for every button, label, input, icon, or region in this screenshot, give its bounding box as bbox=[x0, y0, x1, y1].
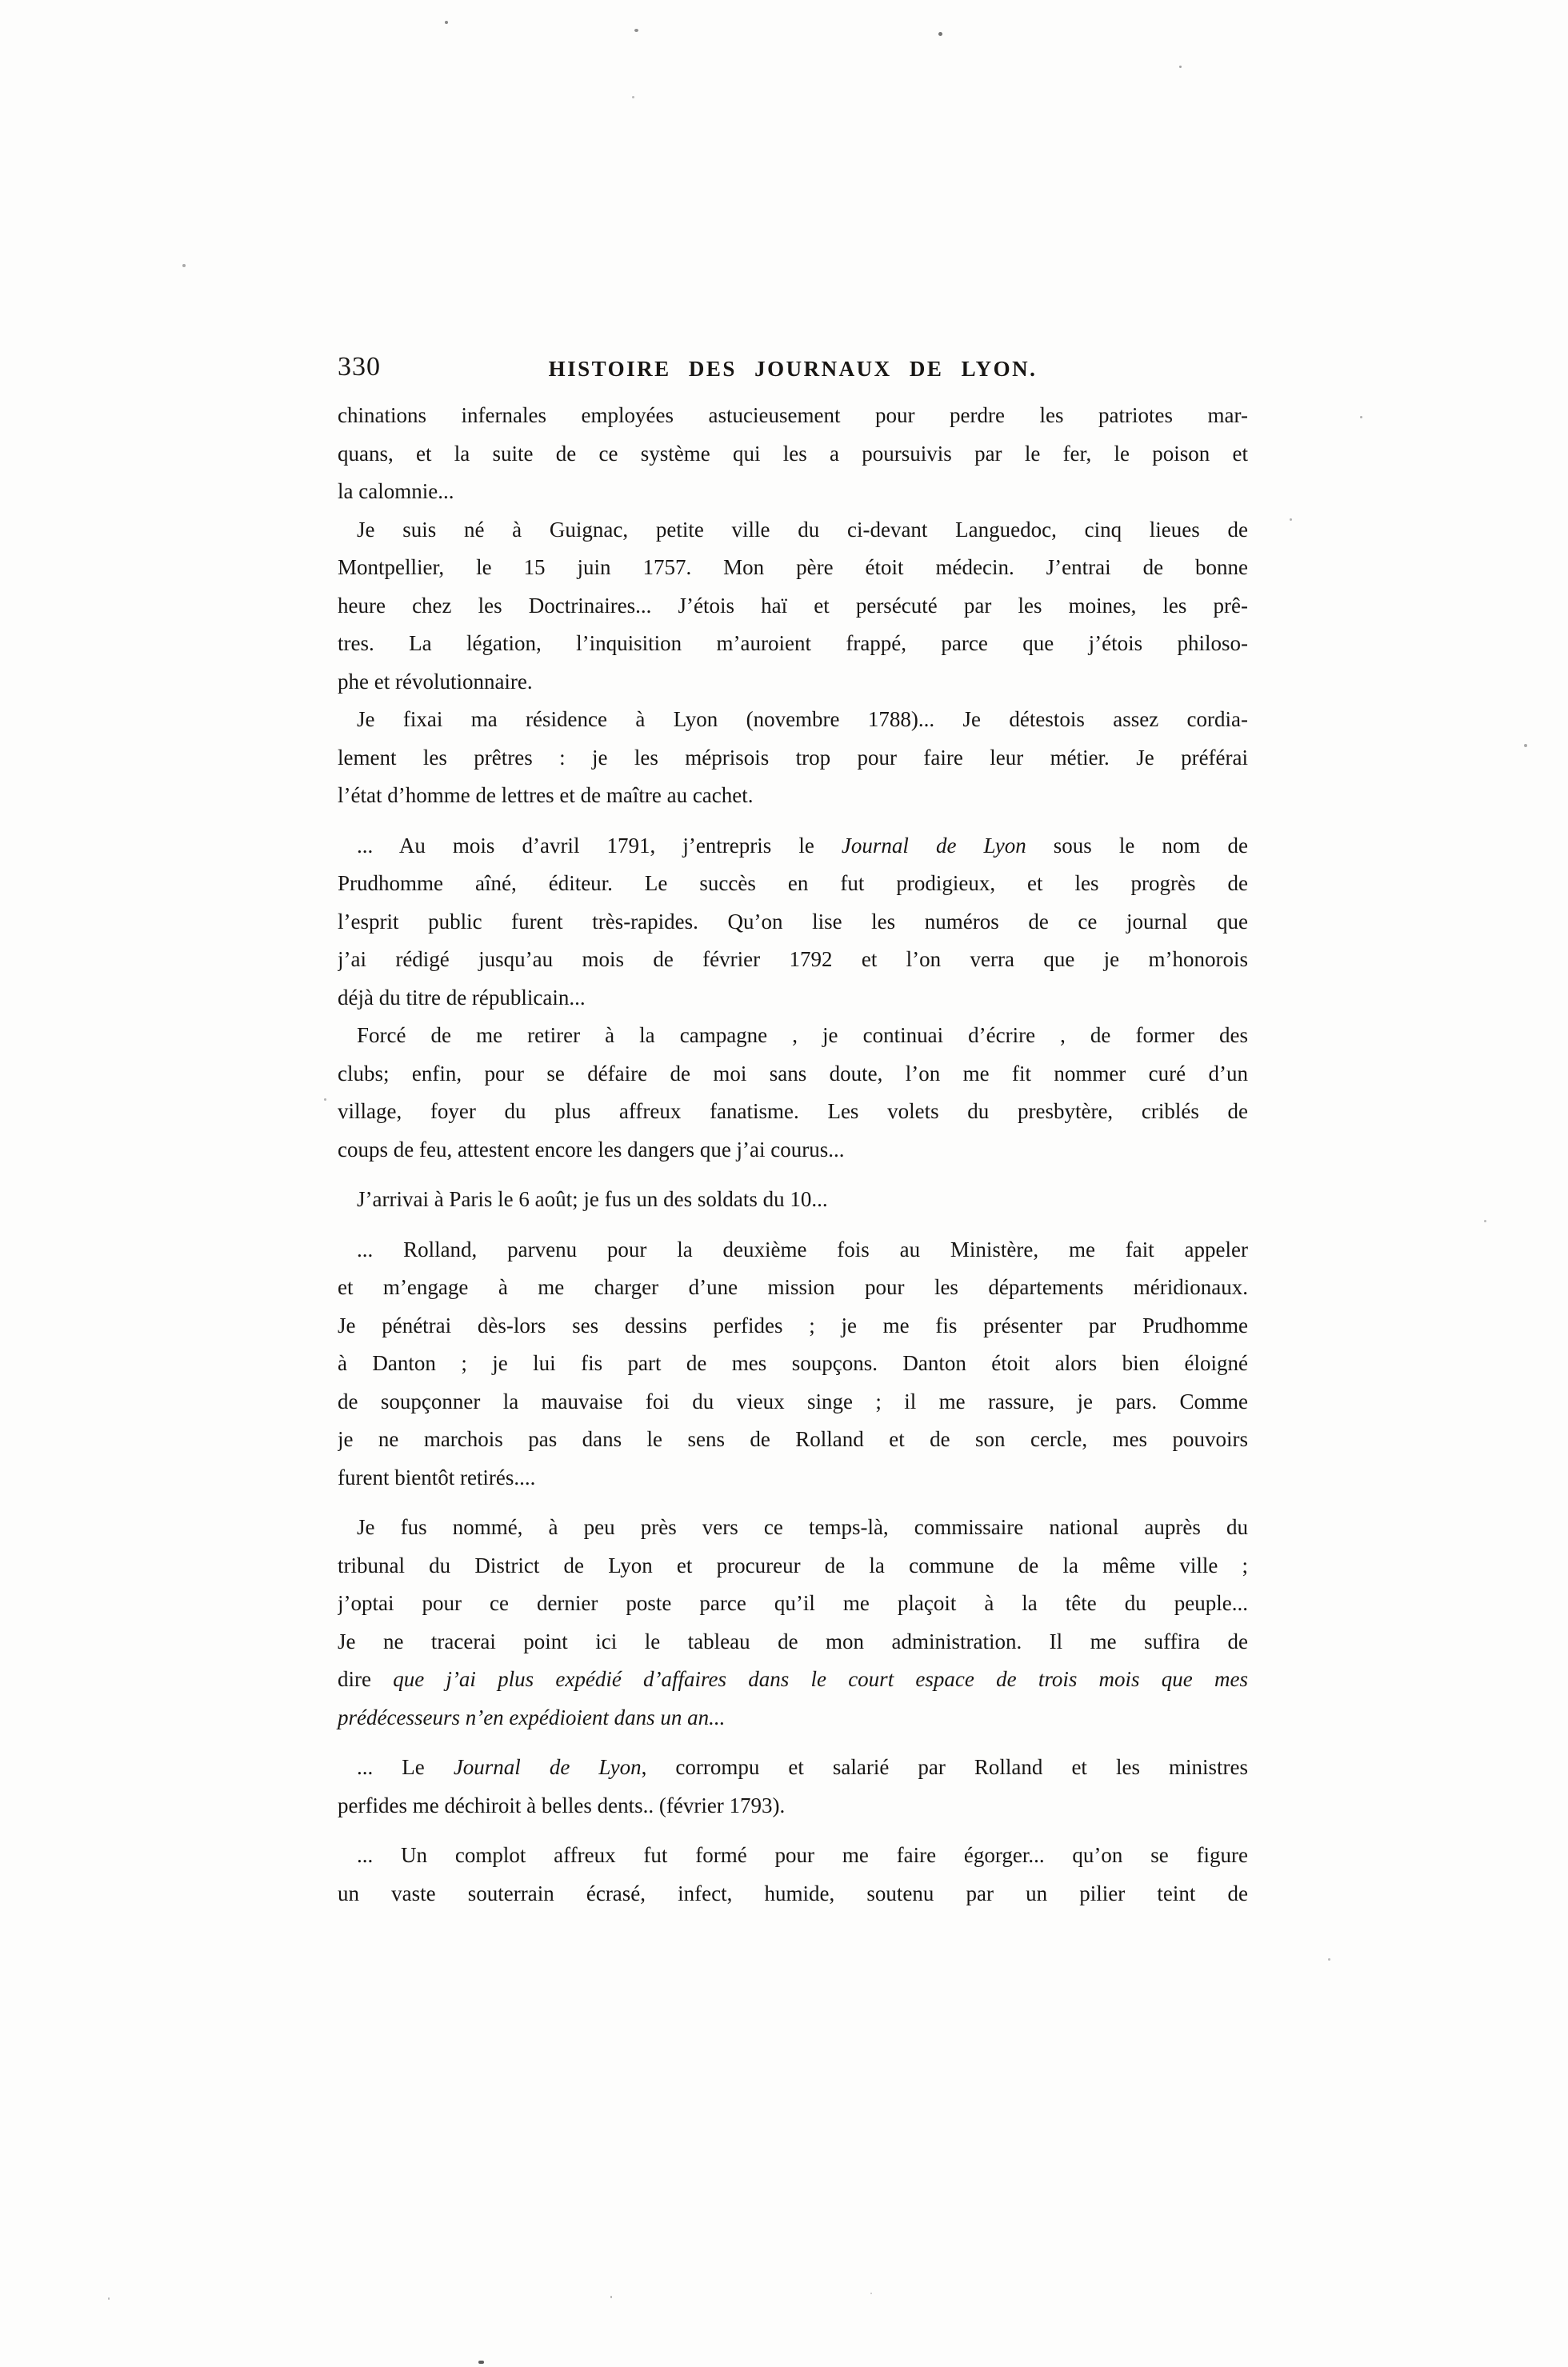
text-segment: ... Le bbox=[357, 1755, 454, 1779]
scan-speck bbox=[632, 96, 634, 98]
text-line: j’ai rédigé jusqu’au mois de février 179… bbox=[338, 941, 1248, 979]
text-segment: clubs; enfin, pour se défaire de moi san… bbox=[338, 1062, 1248, 1086]
text-line: de soupçonner la mauvaise foi du vieux s… bbox=[338, 1383, 1248, 1421]
text-segment: , corrompu et salarié par Rolland et les… bbox=[642, 1755, 1248, 1779]
scan-speck bbox=[938, 32, 942, 36]
text-line: ... Le Journal de Lyon, corrompu et sala… bbox=[338, 1749, 1248, 1787]
text-segment: perfides me déchiroit à belles dents.. (… bbox=[338, 1793, 785, 1817]
text-line: Je pénétrai dès-lors ses dessins perfide… bbox=[338, 1307, 1248, 1345]
italic-text-segment: prédécesseurs n’en expédioient dans un a… bbox=[338, 1705, 725, 1729]
text-segment: Je fixai ma résidence à Lyon (novembre 1… bbox=[357, 707, 1248, 731]
text-line: village, foyer du plus affreux fanatisme… bbox=[338, 1093, 1248, 1131]
text-segment: Je fus nommé, à peu près vers ce temps-l… bbox=[357, 1515, 1248, 1539]
text-line: ... Au mois d’avril 1791, j’entrepris le… bbox=[338, 827, 1248, 866]
text-line: déjà du titre de républicain... bbox=[338, 979, 1248, 1018]
scan-speck bbox=[445, 21, 448, 24]
text-segment: sous le nom de bbox=[1026, 834, 1248, 858]
text-segment: phe et révolutionnaire. bbox=[338, 670, 533, 694]
text-line: à Danton ; je lui fis part de mes soupço… bbox=[338, 1345, 1248, 1383]
paragraph: Je suis né à Guignac, petite ville du ci… bbox=[338, 511, 1248, 702]
text-line: clubs; enfin, pour se défaire de moi san… bbox=[338, 1055, 1248, 1094]
scan-speck bbox=[108, 2297, 110, 2300]
text-segment: dire bbox=[338, 1667, 393, 1691]
running-title: HISTOIRE DES JOURNAUX DE LYON. bbox=[338, 357, 1248, 382]
text-line: chinations infernales employées astucieu… bbox=[338, 397, 1248, 435]
paragraph: ... Au mois d’avril 1791, j’entrepris le… bbox=[338, 827, 1248, 1018]
text-segment: déjà du titre de républicain... bbox=[338, 986, 586, 1010]
text-segment: j’ai rédigé jusqu’au mois de février 179… bbox=[338, 947, 1248, 971]
text-line: je ne marchois pas dans le sens de Rolla… bbox=[338, 1421, 1248, 1459]
scan-speck bbox=[634, 29, 638, 32]
text-segment: l’esprit public furent très-rapides. Qu’… bbox=[338, 910, 1248, 934]
text-line: dire que j’ai plus expédié d’affaires da… bbox=[338, 1661, 1248, 1699]
text-line: quans, et la suite de ce système qui les… bbox=[338, 435, 1248, 474]
text-line: Prudhomme aîné, éditeur. Le succès en fu… bbox=[338, 865, 1248, 903]
italic-text-segment: Journal de Lyon bbox=[842, 834, 1026, 858]
text-segment: chinations infernales employées astucieu… bbox=[338, 403, 1248, 427]
text-segment: coups de feu, attestent encore les dange… bbox=[338, 1138, 845, 1162]
text-line: prédécesseurs n’en expédioient dans un a… bbox=[338, 1699, 1248, 1737]
text-line: Je ne tracerai point ici le tableau de m… bbox=[338, 1623, 1248, 1661]
scan-speck bbox=[610, 2296, 612, 2298]
text-line: furent bientôt retirés.... bbox=[338, 1459, 1248, 1497]
text-segment: J’arrivai à Paris le 6 août; je fus un d… bbox=[357, 1187, 828, 1211]
paragraph: ... Un complot affreux fut formé pour me… bbox=[338, 1837, 1248, 1913]
text-segment: j’optai pour ce dernier poste parce qu’i… bbox=[338, 1591, 1248, 1615]
italic-text-segment: que j’ai plus expédié d’affaires dans le… bbox=[393, 1667, 1248, 1691]
paragraph: ... Le Journal de Lyon, corrompu et sala… bbox=[338, 1749, 1248, 1825]
scan-speck bbox=[1290, 518, 1292, 521]
text-line: coups de feu, attestent encore les dange… bbox=[338, 1131, 1248, 1170]
italic-text-segment: Journal de Lyon bbox=[454, 1755, 642, 1779]
text-line: la calomnie... bbox=[338, 473, 1248, 511]
text-segment: quans, et la suite de ce système qui les… bbox=[338, 442, 1248, 466]
text-segment: Je suis né à Guignac, petite ville du ci… bbox=[357, 518, 1248, 542]
text-line: tres. La légation, l’inquisition m’auroi… bbox=[338, 625, 1248, 663]
text-segment: je ne marchois pas dans le sens de Rolla… bbox=[338, 1427, 1248, 1451]
text-line: lement les prêtres : je les méprisois tr… bbox=[338, 739, 1248, 778]
text-segment: Forcé de me retirer à la campagne , je c… bbox=[357, 1023, 1248, 1047]
text-segment: heure chez les Doctrinaires... J’étois h… bbox=[338, 594, 1248, 618]
text-segment: l’état d’homme de lettres et de maître a… bbox=[338, 783, 754, 807]
paragraph: Je fixai ma résidence à Lyon (novembre 1… bbox=[338, 701, 1248, 815]
text-segment: de soupçonner la mauvaise foi du vieux s… bbox=[338, 1389, 1248, 1413]
text-line: perfides me déchiroit à belles dents.. (… bbox=[338, 1787, 1248, 1825]
paragraph: Je fus nommé, à peu près vers ce temps-l… bbox=[338, 1509, 1248, 1737]
text-line: tribunal du District de Lyon et procureu… bbox=[338, 1547, 1248, 1585]
scan-speck bbox=[478, 2361, 484, 2364]
paragraph: chinations infernales employées astucieu… bbox=[338, 397, 1248, 511]
text-line: l’état d’homme de lettres et de maître a… bbox=[338, 777, 1248, 815]
text-line: et m’engage à me charger d’une mission p… bbox=[338, 1269, 1248, 1307]
page-header: 330 HISTOIRE DES JOURNAUX DE LYON. bbox=[338, 352, 1248, 394]
text-segment: la calomnie... bbox=[338, 479, 454, 503]
text-segment: tribunal du District de Lyon et procureu… bbox=[338, 1553, 1248, 1577]
text-segment: Je pénétrai dès-lors ses dessins perfide… bbox=[338, 1313, 1248, 1337]
text-line: ... Rolland, parvenu pour la deuxième fo… bbox=[338, 1231, 1248, 1269]
paragraph: ... Rolland, parvenu pour la deuxième fo… bbox=[338, 1231, 1248, 1497]
book-page: 330 HISTOIRE DES JOURNAUX DE LYON. china… bbox=[0, 0, 1568, 2367]
scan-speck bbox=[1524, 744, 1527, 747]
text-segment: Prudhomme aîné, éditeur. Le succès en fu… bbox=[338, 871, 1248, 895]
scan-speck bbox=[1328, 1958, 1330, 1961]
text-segment: ... Rolland, parvenu pour la deuxième fo… bbox=[357, 1237, 1248, 1261]
text-segment: Montpellier, le 15 juin 1757. Mon père é… bbox=[338, 555, 1248, 579]
paragraph: J’arrivai à Paris le 6 août; je fus un d… bbox=[338, 1181, 1248, 1219]
text-segment: un vaste souterrain écrasé, infect, humi… bbox=[338, 1881, 1248, 1905]
text-line: Je suis né à Guignac, petite ville du ci… bbox=[338, 511, 1248, 550]
text-segment: lement les prêtres : je les méprisois tr… bbox=[338, 746, 1248, 770]
text-line: J’arrivai à Paris le 6 août; je fus un d… bbox=[338, 1181, 1248, 1219]
text-segment: à Danton ; je lui fis part de mes soupço… bbox=[338, 1351, 1248, 1375]
text-line: l’esprit public furent très-rapides. Qu’… bbox=[338, 903, 1248, 942]
text-line: Montpellier, le 15 juin 1757. Mon père é… bbox=[338, 549, 1248, 587]
scan-speck bbox=[1179, 66, 1182, 68]
text-line: Je fus nommé, à peu près vers ce temps-l… bbox=[338, 1509, 1248, 1547]
text-line: Forcé de me retirer à la campagne , je c… bbox=[338, 1017, 1248, 1055]
text-segment: et m’engage à me charger d’une mission p… bbox=[338, 1275, 1248, 1299]
text-segment: village, foyer du plus affreux fanatisme… bbox=[338, 1099, 1248, 1123]
text-segment: Je ne tracerai point ici le tableau de m… bbox=[338, 1629, 1248, 1653]
page-body: chinations infernales employées astucieu… bbox=[338, 397, 1248, 1913]
scan-speck bbox=[182, 264, 186, 267]
text-line: j’optai pour ce dernier poste parce qu’i… bbox=[338, 1585, 1248, 1623]
text-segment: furent bientôt retirés.... bbox=[338, 1465, 535, 1489]
text-line: un vaste souterrain écrasé, infect, humi… bbox=[338, 1875, 1248, 1913]
text-segment: tres. La légation, l’inquisition m’auroi… bbox=[338, 631, 1248, 655]
scan-speck bbox=[870, 2293, 872, 2294]
paragraph: Forcé de me retirer à la campagne , je c… bbox=[338, 1017, 1248, 1169]
scan-speck bbox=[1360, 416, 1362, 418]
text-line: heure chez les Doctrinaires... J’étois h… bbox=[338, 587, 1248, 626]
text-segment: ... Un complot affreux fut formé pour me… bbox=[357, 1843, 1248, 1867]
scan-speck bbox=[324, 1098, 326, 1101]
text-line: phe et révolutionnaire. bbox=[338, 663, 1248, 702]
text-segment: ... Au mois d’avril 1791, j’entrepris le bbox=[357, 834, 842, 858]
scan-speck bbox=[1484, 1220, 1486, 1222]
text-line: Je fixai ma résidence à Lyon (novembre 1… bbox=[338, 701, 1248, 739]
text-line: ... Un complot affreux fut formé pour me… bbox=[338, 1837, 1248, 1875]
